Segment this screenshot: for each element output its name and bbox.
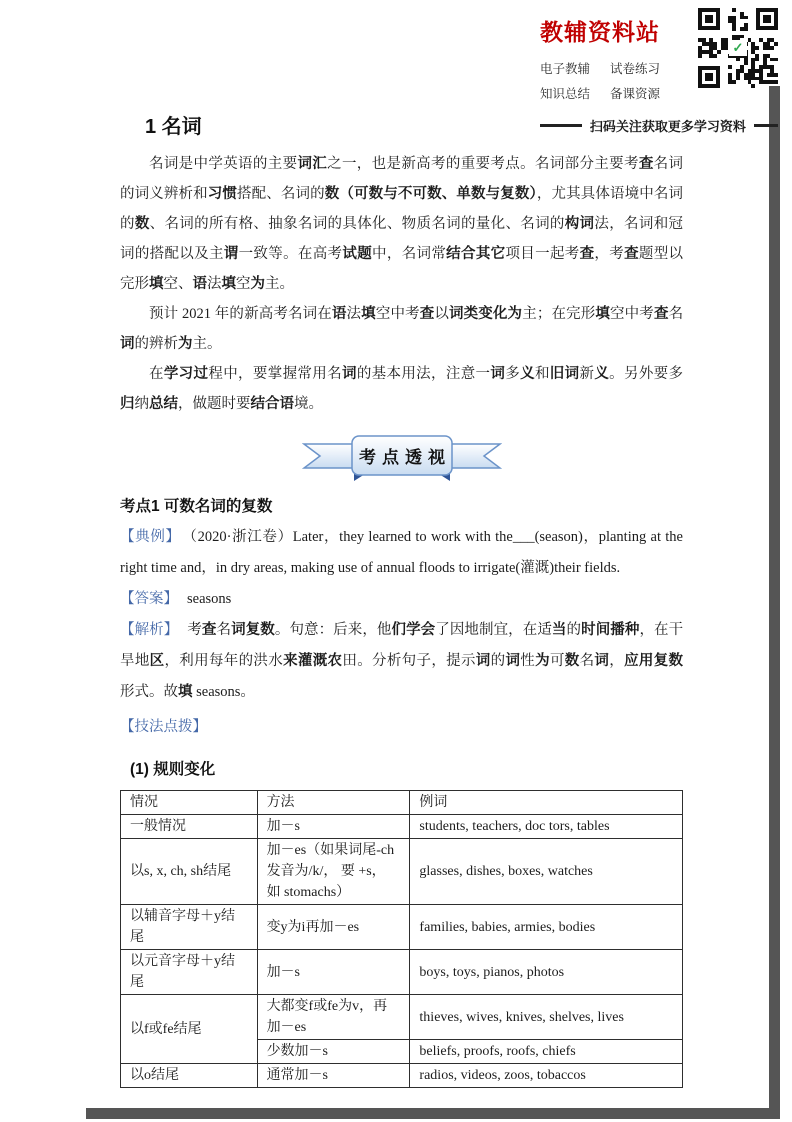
qr-code: ✓ bbox=[698, 8, 778, 88]
service-list: 电子教辅 试卷练习 知识总结 备课资源 bbox=[540, 59, 660, 102]
table-cell: 以s, x, ch, sh结尾 bbox=[121, 839, 258, 905]
analysis-label: 【解析】 bbox=[120, 622, 178, 638]
section-heading: 考点1 可数名词的复数 bbox=[120, 494, 683, 516]
analysis-paragraph: 【解析】考查名词复数。句意：后来，他们学会了因地制宜，在适当的时间播种，在干旱地… bbox=[120, 615, 683, 708]
service-item: 备课资源 bbox=[610, 84, 660, 102]
intro-paragraph: 在学习过程中，要掌握常用名词的基本用法，注意一词多义和旧词新义。另外要多归纳总结… bbox=[120, 359, 683, 419]
table-cell: 变y为i再加－es bbox=[257, 905, 410, 950]
service-item: 知识总结 bbox=[540, 84, 590, 102]
table-cell: 加－es（如果词尾-ch 发音为/k/， 要 +s， 如 stomachs） bbox=[257, 839, 410, 905]
qr-logo-icon: ✓ bbox=[729, 40, 747, 56]
qr-finder-icon bbox=[698, 8, 720, 30]
table-row: 以s, x, ch, sh结尾 加－es（如果词尾-ch 发音为/k/， 要 +… bbox=[121, 839, 683, 905]
brand-title: 教辅资料站 bbox=[540, 14, 660, 47]
document-page: 教辅资料站 电子教辅 试卷练习 知识总结 备课资源 ✓ 扫码关注获取更多学习资料 bbox=[0, 0, 792, 1122]
content: 1 名词 名词是中学英语的主要词汇之一，也是新高考的重要考点。名词部分主要考查名… bbox=[120, 106, 683, 1088]
table-row: 以元音字母＋y结尾 加－s boys, toys, pianos, photos bbox=[121, 950, 683, 995]
table-cell: 大都变f或fe为v，再加－es bbox=[257, 995, 410, 1040]
table-row: 以f或fe结尾 大都变f或fe为v，再加－es thieves, wives, … bbox=[121, 995, 683, 1040]
table-cell: boys, toys, pianos, photos bbox=[410, 950, 683, 995]
table-row: 以o结尾 通常加－s radios, videos, zoos, tobacco… bbox=[121, 1064, 683, 1088]
qr-finder-icon bbox=[756, 8, 778, 30]
answer-label: 【答案】 bbox=[120, 591, 178, 607]
ribbon-banner-icon: 考点透视 bbox=[302, 434, 502, 482]
table-cell: 以f或fe结尾 bbox=[121, 995, 258, 1064]
service-item: 电子教辅 bbox=[540, 59, 590, 77]
table-cell: 加－s bbox=[257, 950, 410, 995]
table-cell: thieves, wives, knives, shelves, lives bbox=[410, 995, 683, 1040]
table-row: 一般情况 加－s students, teachers, doc tors, t… bbox=[121, 815, 683, 839]
table-cell: students, teachers, doc tors, tables bbox=[410, 815, 683, 839]
table-header-cell: 情况 bbox=[121, 791, 258, 815]
table-header-cell: 方法 bbox=[257, 791, 410, 815]
page-title: 1 名词 bbox=[145, 110, 683, 139]
answer-text: seasons bbox=[187, 591, 231, 607]
page-edge-bottom bbox=[86, 1108, 780, 1119]
qr-finder-icon bbox=[698, 66, 720, 88]
example-paragraph: 【典例】（2020·浙江卷）Later，they learned to work… bbox=[120, 522, 683, 584]
table-header-row: 情况 方法 例词 bbox=[121, 791, 683, 815]
table-row: 以辅音字母＋y结尾 变y为i再加－es families, babies, ar… bbox=[121, 905, 683, 950]
table-cell: 加－s bbox=[257, 815, 410, 839]
table-cell: 以辅音字母＋y结尾 bbox=[121, 905, 258, 950]
dash-rule bbox=[754, 124, 778, 127]
table-cell: 通常加－s bbox=[257, 1064, 410, 1088]
rules-table: 情况 方法 例词 一般情况 加－s students, teachers, do… bbox=[120, 790, 683, 1088]
table-cell: 以o结尾 bbox=[121, 1064, 258, 1088]
table-cell: 一般情况 bbox=[121, 815, 258, 839]
rule-subheading: (1) 规则变化 bbox=[130, 757, 683, 779]
table-cell: glasses, dishes, boxes, watches bbox=[410, 839, 683, 905]
answer-paragraph: 【答案】seasons bbox=[120, 584, 683, 615]
table-header-cell: 例词 bbox=[410, 791, 683, 815]
intro-paragraph: 预计 2021 年的新高考名词在语法填空中考查以词类变化为主；在完形填空中考查名… bbox=[120, 299, 683, 359]
table-cell: 少数加－s bbox=[257, 1040, 410, 1064]
analysis-text: 考查名词复数。句意：后来，他们学会了因地制宜，在适当的时间播种，在干旱地区，利用… bbox=[120, 622, 683, 700]
table-cell: families, babies, armies, bodies bbox=[410, 905, 683, 950]
table-cell: beliefs, proofs, roofs, chiefs bbox=[410, 1040, 683, 1064]
banner-text: 考点透视 bbox=[359, 447, 451, 467]
example-label: 【典例】 bbox=[120, 529, 181, 545]
kaodian-banner: 考点透视 bbox=[302, 434, 502, 482]
table-cell: 以元音字母＋y结尾 bbox=[121, 950, 258, 995]
service-item: 试卷练习 bbox=[610, 59, 660, 77]
table-cell: radios, videos, zoos, tobaccos bbox=[410, 1064, 683, 1088]
example-text: （2020·浙江卷）Later，they learned to work wit… bbox=[120, 529, 683, 576]
intro-paragraph: 名词是中学英语的主要词汇之一，也是新高考的重要考点。名词部分主要考查名词的词义辨… bbox=[120, 149, 683, 299]
tips-label: 【技法点拨】 bbox=[120, 712, 683, 742]
page-edge-right bbox=[769, 86, 780, 1110]
